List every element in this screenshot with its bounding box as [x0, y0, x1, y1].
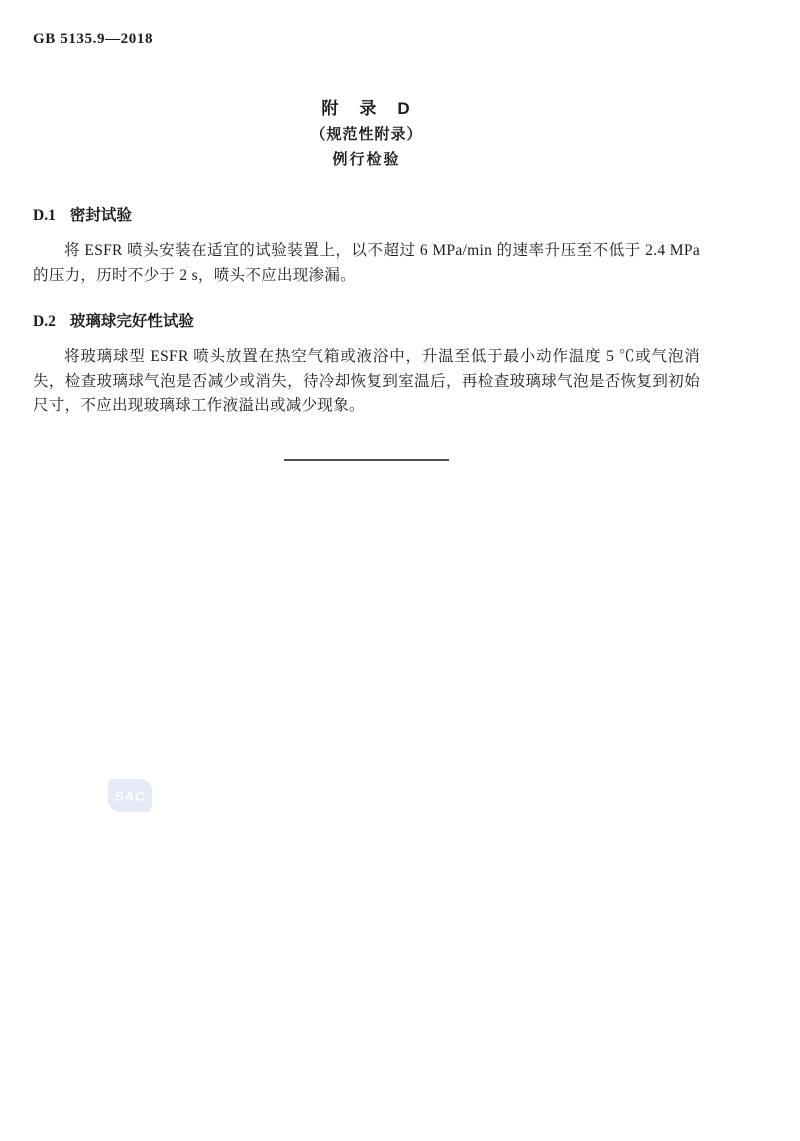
section-id: D.2 [33, 313, 56, 330]
document-page: GB 5135.9—2018 附 录 D （规范性附录） 例行检验 D.1密封试… [0, 0, 800, 1141]
section-heading-d1: D.1密封试验 [33, 206, 700, 226]
section-paragraph-d2: 将玻璃球型 ESFR 喷头放置在热空气箱或液浴中，升温至低于最小动作温度 5 ℃… [33, 345, 700, 419]
standard-number: GB 5135.9—2018 [33, 0, 800, 48]
sac-logo-watermark: SAC [108, 779, 152, 812]
appendix-heading-block: 附 录 D （规范性附录） 例行检验 [33, 96, 700, 172]
end-of-document-rule [284, 459, 449, 461]
section-heading-d2: D.2玻璃球完好性试验 [33, 312, 700, 332]
appendix-type-note: （规范性附录） [33, 122, 700, 147]
section-title: 密封试验 [70, 207, 132, 224]
section-paragraph-d1: 将 ESFR 喷头安装在适宜的试验装置上，以不超过 6 MPa/min 的速率升… [33, 239, 700, 288]
section-title: 玻璃球完好性试验 [70, 313, 194, 330]
appendix-name: 例行检验 [33, 147, 700, 172]
appendix-title: 附 录 D [33, 96, 700, 122]
section-id: D.1 [33, 207, 56, 224]
page-content: 附 录 D （规范性附录） 例行检验 D.1密封试验 将 ESFR 喷头安装在适… [33, 96, 700, 461]
